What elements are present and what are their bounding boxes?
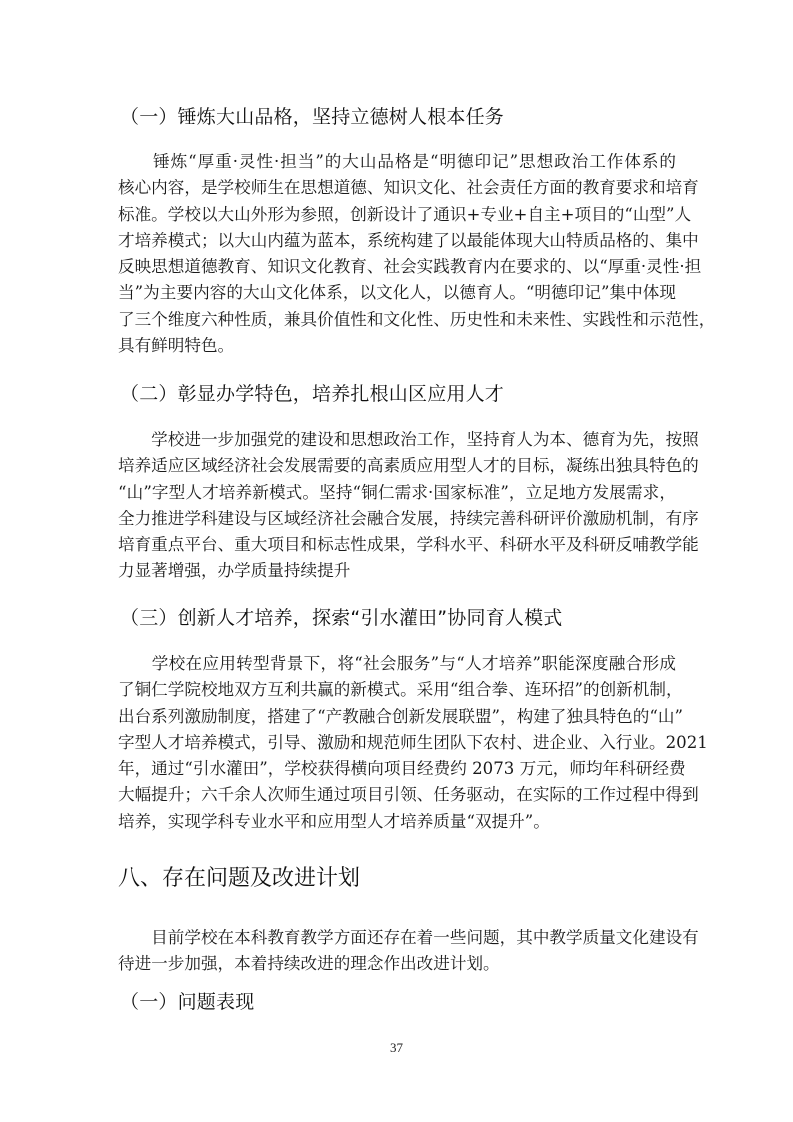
text-line: 力显著增强，办学质量持续提升: [118, 558, 676, 584]
section-paragraph-2: 学校进一步加强党的建设和思想政治工作，坚持育人为本、德育为先，按照 培养适应区域…: [118, 427, 676, 585]
page-number: 37: [0, 1040, 793, 1056]
text-line: 标准。学校以大山外形为参照，创新设计了通识+专业+自主+项目的“山型”人: [118, 202, 676, 228]
text-line: 出台系列激励制度，搭建了“产教融合创新发展联盟”，构建了独具特色的“山”: [118, 704, 676, 730]
chapter-intro-paragraph: 目前学校在本科教育教学方面还存在着一些问题，其中教学质量文化建设有 待进一步加强…: [118, 925, 676, 978]
text-line: 培养，实现学科专业水平和应用型人才培养质量“双提升”。: [118, 809, 676, 835]
text-line: 大幅提升；六千余人次师生通过项目引领、任务驱动，在实际的工作过程中得到: [118, 782, 676, 808]
text-line: 培育重点平台、重大项目和标志性成果，学科水平、科研水平及科研反哺教学能: [118, 532, 676, 558]
text-line: 了铜仁学院校地双方互利共赢的新模式。采用“组合拳、连环招”的创新机制，: [118, 677, 676, 703]
document-page: （一）锤炼大山品格，坚持立德树人根本任务 锤炼“厚重·灵性·担当”的大山品格是“…: [0, 0, 793, 1122]
text-line: 具有鲜明特色。: [118, 333, 676, 359]
chapter-heading: 八、存在问题及改进计划: [118, 864, 678, 894]
text-line: 反映思想道德教育、知识文化教育、社会实践教育内在要求的、以“厚重·灵性·担: [118, 254, 676, 280]
text-line: 培养适应区域经济社会发展需要的高素质应用型人才的目标，凝练出独具特色的: [118, 453, 676, 479]
text-line: 了三个维度六种性质，兼具价值性和文化性、历史性和未来性、实践性和示范性，: [118, 307, 676, 333]
text-line: 字型人才培养模式，引导、激励和规范师生团队下农村、进企业、入行业。2021: [118, 730, 676, 756]
text-line: 当”为主要内容的大山文化体系，以文化人，以德育人。“明德印记”集中体现: [118, 280, 676, 306]
text-line: 核心内容，是学校师生在思想道德、知识文化、社会责任方面的教育要求和培育: [118, 175, 676, 201]
text-line: 学校在应用转型背景下，将“社会服务”与“人才培养”职能深度融合形成: [118, 651, 676, 677]
text-line: 目前学校在本科教育教学方面还存在着一些问题，其中教学质量文化建设有: [118, 925, 676, 951]
text-line: 才培养模式；以大山内蕴为蓝本，系统构建了以最能体现大山特质品格的、集中: [118, 228, 676, 254]
section-heading-1: （一）锤炼大山品格，坚持立德树人根本任务: [120, 104, 680, 130]
text-line: 锤炼“厚重·灵性·担当”的大山品格是“明德印记”思想政治工作体系的: [118, 149, 676, 175]
text-line: 年，通过“引水灌田”，学校获得横向项目经费约 2073 万元，师均年科研经费: [118, 756, 676, 782]
text-line: 待进一步加强，本着持续改进的理念作出改进计划。: [118, 951, 676, 977]
section-paragraph-1: 锤炼“厚重·灵性·担当”的大山品格是“明德印记”思想政治工作体系的 核心内容，是…: [118, 149, 676, 359]
text-line: “山”字型人才培养新模式。坚持“铜仁需求·国家标准”，立足地方发展需求，: [118, 480, 676, 506]
section-paragraph-3: 学校在应用转型背景下，将“社会服务”与“人才培养”职能深度融合形成 了铜仁学院校…: [118, 651, 676, 835]
section-heading-2: （二）彰显办学特色，培养扎根山区应用人才: [120, 381, 680, 407]
section-heading-3: （三）创新人才培养，探索“引水灌田”协同育人模式: [120, 605, 680, 631]
text-line: 学校进一步加强党的建设和思想政治工作，坚持育人为本、德育为先，按照: [118, 427, 676, 453]
subsection-heading: （一）问题表现: [120, 989, 680, 1015]
text-line: 全力推进学科建设与区域经济社会融合发展，持续完善科研评价激励机制，有序: [118, 506, 676, 532]
